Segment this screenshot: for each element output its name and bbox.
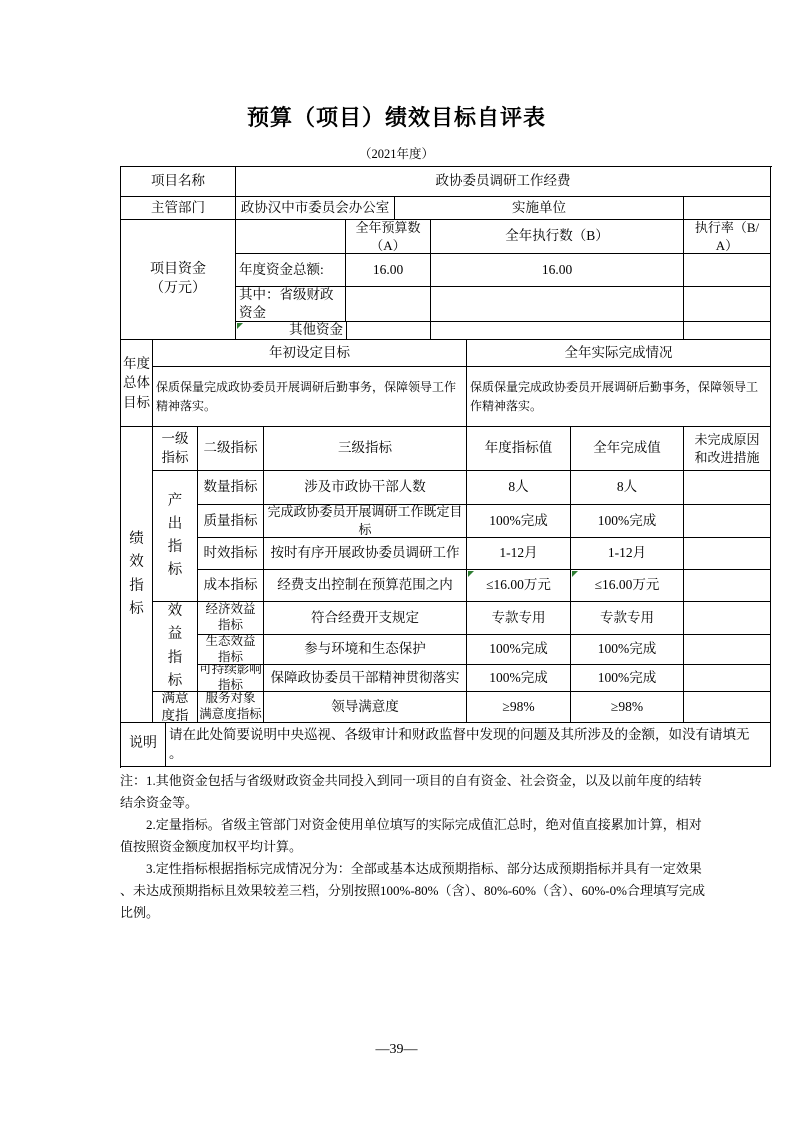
indicator-l2-cell: 时效指标 [198,538,264,570]
indicator-done-cell: 专款专用 [571,602,684,635]
cell-other-funds-label: 其他资金 [236,322,347,340]
cell-total-exec-value: 16.00 [431,254,684,287]
cell-dept-label: 主管部门 [121,197,236,220]
indicator-reason-cell [684,635,771,665]
indicator-l2-cell: 经济效益 指标 [198,602,264,635]
indicator-done-cell: 100%完成 [571,635,684,665]
cell-dept-value: 政协汉中市委员会办公室 [236,197,395,220]
indicator-annual-cell: 1-12月 [467,538,571,570]
footnote-line: 值按照资金额度加权平均计算。 [120,836,302,855]
indicator-annual-cell: 专款专用 [467,602,571,635]
excel-error-indicator-icon [572,571,578,577]
indicator-l3-cell: 符合经费开支规定 [264,602,467,635]
cell-project-name-value: 政协委员调研工作经费 [236,167,771,197]
indicator-l2-cell: 数量指标 [198,471,264,505]
cell-provincial-exec-value [431,287,684,322]
self-evaluation-table: 项目名称 政协委员调研工作经费 主管部门 政协汉中市委员会办公室 实施单位 项目… [120,166,772,768]
cell-remarks-text: 请在此处简要说明中央巡视、各级审计和财政监督中发现的问题及其所涉及的金额，如没有… [166,723,771,767]
cell-remarks-label: 说明 [121,723,166,767]
cell-impl-unit-label: 实施单位 [395,197,684,220]
footnote-line: 2.定量指标。省级主管部门对资金使用单位填写的实际完成值汇总时，绝对值直接累加计… [120,814,702,833]
indicator-l2-cell: 生态效益 指标 [198,635,264,665]
cell-goal-set-text: 保质保量完成政协委员开展调研后勤事务，保障领导工作 精神落实。 [153,367,467,427]
indicator-annual-cell: 100%完成 [467,635,571,665]
indicator-reason-cell [684,505,771,538]
cell-group-satisfaction: 满意 度指 [153,692,198,723]
indicator-annual-cell: 100%完成 [467,665,571,692]
indicator-reason-cell [684,570,771,602]
indicator-l2-cell: 质量指标 [198,505,264,538]
cell-rate-col-header: 执行率（B/ A） [684,220,771,254]
cell-header-level2: 二级指标 [198,427,264,471]
indicator-l3-cell: 按时有序开展政协委员调研工作 [264,538,467,570]
cell-total-funds-label: 年度资金总额: [236,254,346,287]
footnote-line: 注：1.其他资金包括与省级财政资金共同投入到同一项目的自有资金、社会资金，以及以… [120,770,702,789]
page-number: —39— [0,1042,793,1058]
cell-header-level1: 一级 指标 [153,427,198,471]
cell-goal-set-header: 年初设定目标 [153,340,467,367]
cell-budget-col-header: 全年预算数 （A） [346,220,431,254]
footnote-line: 比例。 [120,902,159,921]
indicator-l3-cell: 参与环境和生态保护 [264,635,467,665]
cell-goal-done-text: 保质保量完成政协委员开展调研后勤事务，保障领导工 作精神落实。 [467,367,771,427]
document-subtitle: （2021年度） [0,144,793,162]
indicator-reason-cell [684,692,771,723]
indicator-annual-cell: ≥98% [467,692,571,723]
indicator-reason-cell [684,538,771,570]
indicator-done-cell: ≥98% [571,692,684,723]
indicator-l3-cell: 领导满意度 [264,692,467,723]
cell-header-done-value: 全年完成值 [571,427,684,471]
cell-header-annual-value: 年度指标值 [467,427,571,471]
indicator-reason-cell [684,471,771,505]
cell-impl-unit-value [684,197,771,220]
cell-other-exec-value [431,322,684,340]
footnote-line: 结余资金等。 [120,792,198,811]
excel-error-indicator-icon [468,571,474,577]
document-page: 预算（项目）绩效目标自评表 （2021年度） 项目名称 政协委员调研工作经费 主… [0,0,793,1122]
indicator-done-cell: 100%完成 [571,665,684,692]
indicator-l3-cell: 完成政协委员开展调研工作既定目标 [264,505,467,538]
cell-provincial-funds-label: 其中：省级财政 资金 [236,287,346,322]
cell-funds-blank-header [236,220,346,254]
indicator-l2-cell: 成本指标 [198,570,264,602]
cell-goal-done-header: 全年实际完成情况 [467,340,771,367]
cell-total-budget-value: 16.00 [346,254,431,287]
cell-exec-col-header: 全年执行数（B） [431,220,684,254]
cell-project-name-label: 项目名称 [121,167,236,197]
cell-header-level3: 三级指标 [264,427,467,471]
indicator-l3-cell: 涉及市政协干部人数 [264,471,467,505]
cell-perf-indicators-label: 绩 效 指 标 [121,427,153,723]
indicator-l2-cell: 服务对象 满意度指标 [198,692,264,723]
cell-group-benefit: 效 益 指 标 [153,602,198,692]
indicator-l3-cell: 保障政协委员干部精神贯彻落实 [264,665,467,692]
indicator-done-cell: 1-12月 [571,538,684,570]
indicator-annual-cell: 8人 [467,471,571,505]
cell-provincial-rate-value [684,287,771,322]
cell-total-rate-value [684,254,771,287]
document-title: 预算（项目）绩效目标自评表 [0,101,793,132]
indicator-done-cell: 8人 [571,471,684,505]
cell-header-reason: 未完成原因 和改进措施 [684,427,771,471]
footnote-line: 3.定性指标根据指标完成情况分为：全部或基本达成预期指标、部分达成预期指标并具有… [120,858,702,877]
indicator-reason-cell [684,665,771,692]
indicator-l2-cell: 可持续影响 指标 [198,665,264,692]
indicator-annual-cell: 100%完成 [467,505,571,538]
excel-error-indicator-icon [237,323,243,329]
cell-other-rate-value [684,322,771,340]
cell-annual-goal-label: 年度 总体 目标 [121,340,153,427]
indicator-reason-cell [684,602,771,635]
indicator-l3-cell: 经费支出控制在预算范围之内 [264,570,467,602]
cell-provincial-budget-value [346,287,431,322]
cell-other-budget-value [346,322,431,340]
indicator-annual-cell: ≤16.00万元 [467,570,571,602]
footnote-line: 、未达成预期指标且效果较差三档，分别按照100%-80%（含）、80%-60%（… [120,880,705,899]
cell-group-output: 产 出 指 标 [153,471,198,602]
cell-project-funds-label: 项目资金 （万元） [121,220,236,340]
indicator-done-cell: ≤16.00万元 [571,570,684,602]
indicator-done-cell: 100%完成 [571,505,684,538]
